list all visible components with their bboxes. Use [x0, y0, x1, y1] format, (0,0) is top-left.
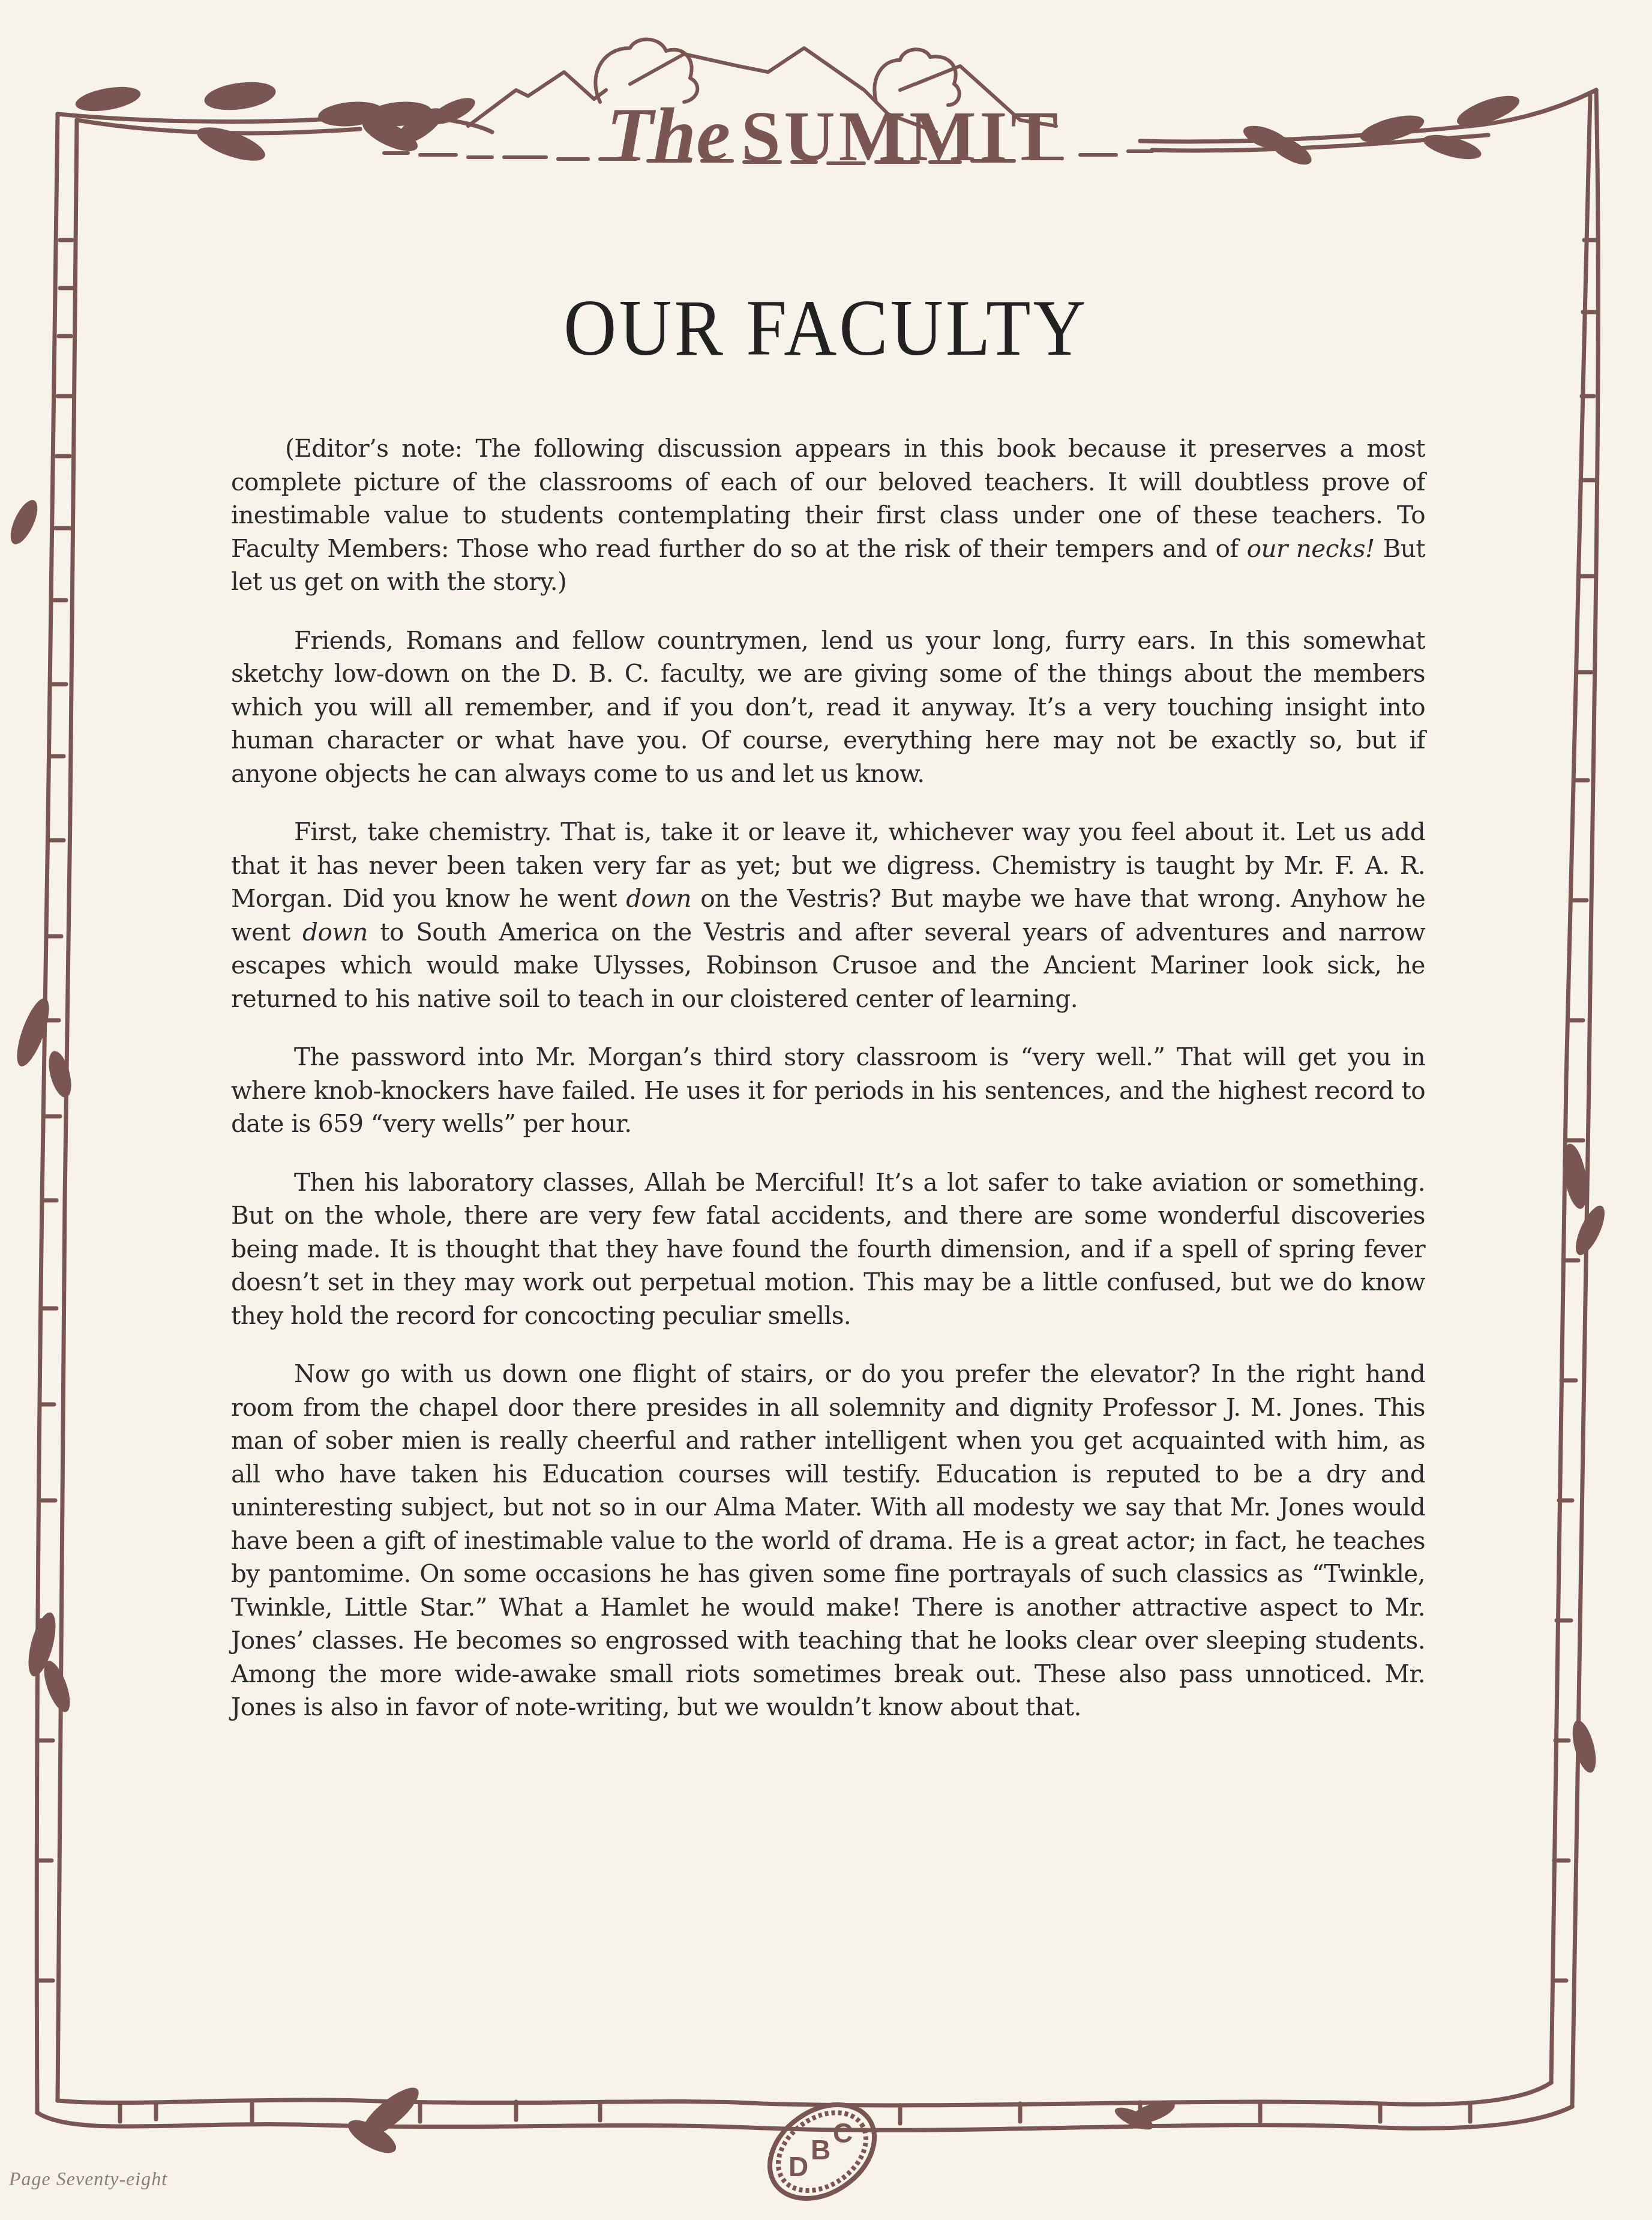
article-paragraph: (Editor’s note: The following discussion…: [231, 432, 1425, 599]
yearbook-page: TheSUMMIT OUR FACULTY (Editor’s note: Th…: [0, 0, 1652, 2220]
article-paragraph: Then his laboratory classes, Allah be Me…: [231, 1166, 1425, 1333]
emblem-letter-b: B: [811, 2134, 831, 2166]
article-paragraph: Friends, Romans and fellow countrymen, l…: [231, 624, 1425, 791]
italic-emphasis: our necks!: [1247, 534, 1375, 563]
page-number: Page Seventy-eight: [9, 2168, 167, 2190]
article-paragraph: Now go with us down one flight of stairs…: [231, 1358, 1425, 1724]
article-paragraph: The password into Mr. Morgan’s third sto…: [231, 1041, 1425, 1141]
article-body: (Editor’s note: The following discussion…: [231, 432, 1425, 1749]
italic-emphasis: down: [626, 884, 691, 913]
article-paragraph: First, take chemistry. That is, take it …: [231, 816, 1425, 1015]
masthead-title: TheSUMMIT: [504, 96, 1164, 173]
emblem-letter-d: D: [788, 2150, 808, 2183]
emblem-letter-c: C: [833, 2117, 853, 2149]
page-title: OUR FACULTY: [0, 282, 1652, 375]
masthead-name: SUMMIT: [741, 97, 1062, 176]
dbc-emblem: D B C: [778, 2128, 868, 2188]
masthead-prefix: The: [607, 92, 730, 177]
italic-emphasis: down: [302, 918, 368, 946]
